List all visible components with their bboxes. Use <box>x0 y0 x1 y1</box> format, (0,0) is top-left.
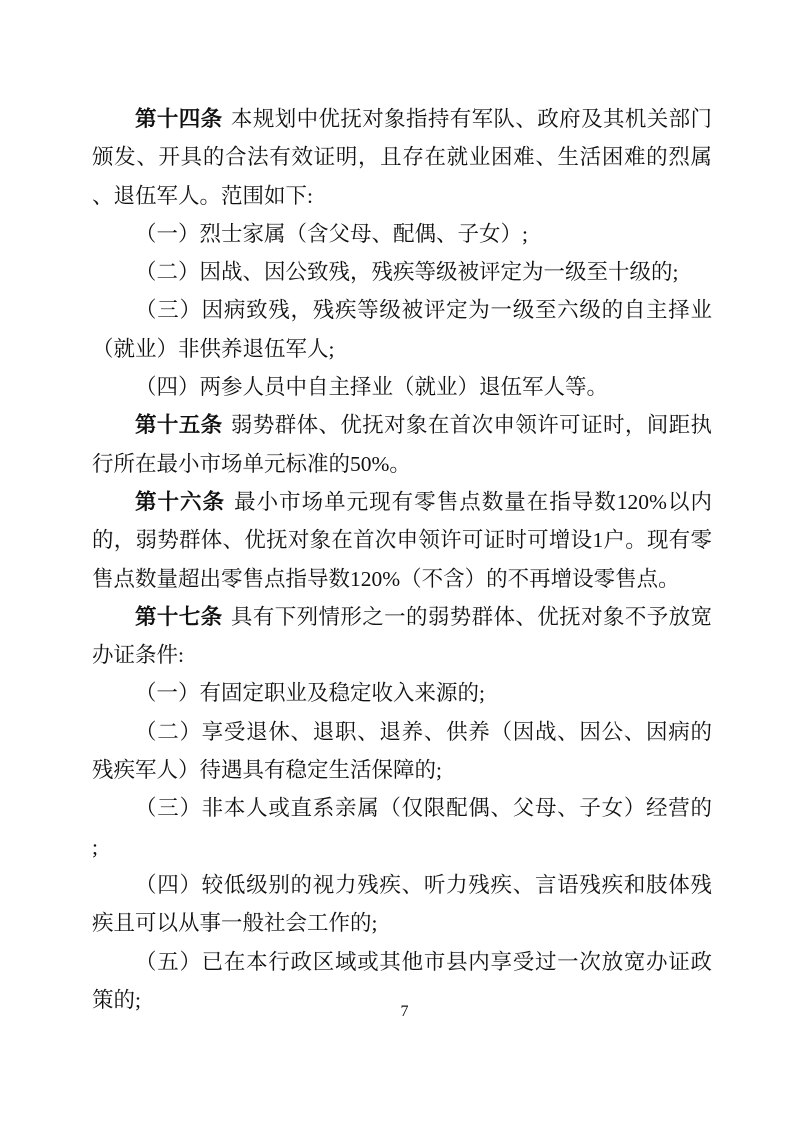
text-line: （二）享受退休、退职、退养、供养（因战、因公、因病的 <box>92 713 712 751</box>
text-line: 行所在最小市场单元标准的50%。 <box>92 445 712 483</box>
line-text: （三）因病致残，残疾等级被评定为一级至六级的自主择业 <box>135 298 712 322</box>
line-text: 最小市场单元现有零售点数量在指导数120%以内 <box>233 490 712 514</box>
article-number: 第十五条 <box>135 413 223 437</box>
text-line: 第十七条具有下列情形之一的弱势群体、优抚对象不予放宽 <box>92 598 712 636</box>
line-text: （就业）非供养退伍军人; <box>92 337 334 361</box>
line-text: （二）因战、因公致残，残疾等级被评定为一级至十级的; <box>135 260 678 284</box>
text-line: （二）因战、因公致残，残疾等级被评定为一级至十级的; <box>92 253 712 291</box>
line-text: （二）享受退休、退职、退养、供养（因战、因公、因病的 <box>135 720 712 744</box>
text-line: 办证条件: <box>92 636 712 674</box>
line-text: 颁发、开具的合法有效证明，且存在就业困难、生活困难的烈属 <box>92 145 712 169</box>
line-text: （四）较低级别的视力残疾、听力残疾、言语残疾和肢体残 <box>135 873 712 897</box>
line-text: （一）有固定职业及稳定收入来源的; <box>135 681 485 705</box>
text-line: 第十六条最小市场单元现有零售点数量在指导数120%以内 <box>92 483 712 521</box>
text-line: 疾且可以从事一般社会工作的; <box>92 904 712 942</box>
text-line: 第十四条本规划中优抚对象指持有军队、政府及其机关部门 <box>92 100 712 138</box>
page-number: 7 <box>0 1001 793 1023</box>
text-line: （五）已在本行政区域或其他市县内享受过一次放宽办证政 <box>92 943 712 981</box>
line-text: 疾且可以从事一般社会工作的; <box>92 911 377 935</box>
text-line: （四）两参人员中自主择业（就业）退伍军人等。 <box>92 368 712 406</box>
line-text: 、退伍军人。范围如下: <box>92 184 313 208</box>
article-number: 第十六条 <box>135 490 225 514</box>
article-number: 第十七条 <box>135 605 223 629</box>
text-line: ; <box>92 828 712 866</box>
line-text: 残疾军人）待遇具有稳定生活保障的; <box>92 758 442 782</box>
line-text: 的，弱势群体、优抚对象在首次申领许可证时可增设1户。现有零 <box>92 528 712 552</box>
line-text: 弱势群体、优抚对象在首次申领许可证时，间距执 <box>231 413 712 437</box>
text-line: 的，弱势群体、优抚对象在首次申领许可证时可增设1户。现有零 <box>92 521 712 559</box>
line-text: 具有下列情形之一的弱势群体、优抚对象不予放宽 <box>231 605 712 629</box>
article-number: 第十四条 <box>135 107 223 131</box>
line-text: （一）烈士家属（含父母、配偶、子女）; <box>135 222 528 246</box>
text-line: （四）较低级别的视力残疾、听力残疾、言语残疾和肢体残 <box>92 866 712 904</box>
line-text: 行所在最小市场单元标准的50%。 <box>92 452 411 476</box>
line-text: 售点数量超出零售点指导数120%（不含）的不再增设零售点。 <box>92 567 680 591</box>
text-line: 残疾军人）待遇具有稳定生活保障的; <box>92 751 712 789</box>
line-text: 办证条件: <box>92 643 184 667</box>
line-text: （三）非本人或直系亲属（仅限配偶、父母、子女）经营的 <box>135 796 712 820</box>
text-line: 第十五条弱势群体、优抚对象在首次申领许可证时，间距执 <box>92 406 712 444</box>
line-text: （四）两参人员中自主择业（就业）退伍军人等。 <box>135 375 608 399</box>
text-line: （三）因病致残，残疾等级被评定为一级至六级的自主择业 <box>92 291 712 329</box>
text-line: （就业）非供养退伍军人; <box>92 330 712 368</box>
text-line: （一）有固定职业及稳定收入来源的; <box>92 674 712 712</box>
line-text: ; <box>92 835 98 859</box>
line-text: （五）已在本行政区域或其他市县内享受过一次放宽办证政 <box>135 950 712 974</box>
text-line: （三）非本人或直系亲属（仅限配偶、父母、子女）经营的 <box>92 789 712 827</box>
line-text: 本规划中优抚对象指持有军队、政府及其机关部门 <box>231 107 712 131</box>
document-page: 第十四条本规划中优抚对象指持有军队、政府及其机关部门颁发、开具的合法有效证明，且… <box>0 0 793 1122</box>
text-line: 、退伍军人。范围如下: <box>92 177 712 215</box>
text-line: 售点数量超出零售点指导数120%（不含）的不再增设零售点。 <box>92 560 712 598</box>
document-lines: 第十四条本规划中优抚对象指持有军队、政府及其机关部门颁发、开具的合法有效证明，且… <box>92 100 712 1019</box>
text-line: 颁发、开具的合法有效证明，且存在就业困难、生活困难的烈属 <box>92 138 712 176</box>
text-line: （一）烈士家属（含父母、配偶、子女）; <box>92 215 712 253</box>
